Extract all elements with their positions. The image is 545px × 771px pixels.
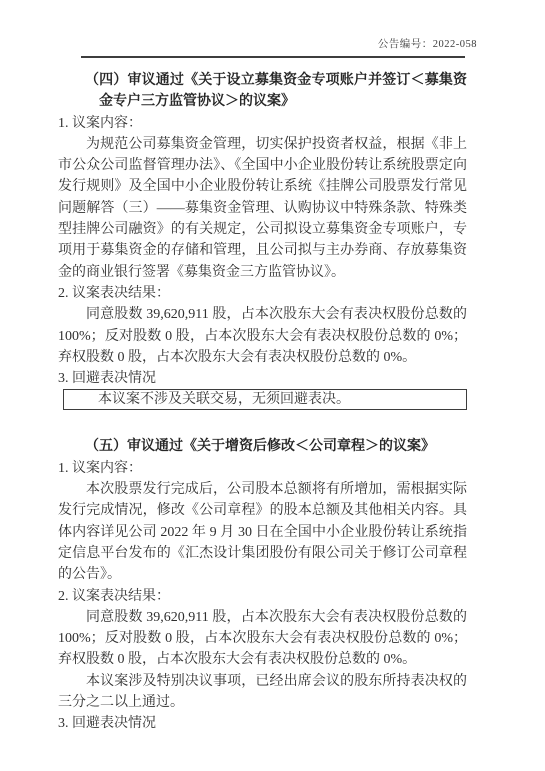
recusal-statement: 本议案不涉及关联交易，无须回避表决。 — [98, 392, 350, 407]
section-4-item-3-label: 3. 回避表决情况 — [58, 368, 467, 389]
header-rule — [81, 56, 465, 58]
recusal-statement-box: 本议案不涉及关联交易，无须回避表决。 — [63, 389, 467, 410]
section-4-content-paragraph: 为规范公司募集资金管理，切实保护投资者权益，根据《非上市公众公司监督管理办法》、… — [58, 134, 467, 283]
section-5-item-3-label: 3. 回避表决情况 — [58, 713, 467, 734]
section-4-item-1-label: 1. 议案内容： — [58, 113, 467, 134]
section-4-vote-result-paragraph: 同意股数 39,620,911 股，占本次股东大会有表决权股份总数的 100%；… — [58, 304, 467, 368]
section-5-item-1-label: 1. 议案内容： — [58, 458, 467, 479]
section-5-heading: （五）审议通过《关于增资后修改＜公司章程＞的议案》 — [58, 436, 467, 457]
section-5-item-2-label: 2. 议案表决结果： — [58, 586, 467, 607]
section-5-content-paragraph: 本次股票发行完成后，公司股本总额将有所增加，需根据实际发行完成情况，修改《公司章… — [58, 479, 467, 585]
section-5-vote-result-paragraph: 同意股数 39,620,911 股，占本次股东大会有表决权股份总数的 100%；… — [58, 607, 467, 671]
document-page: 公告编号：2022-058 （四）审议通过《关于设立募集资金专项账户并签订＜募集… — [0, 0, 545, 771]
notice-number: 公告编号：2022-058 — [378, 36, 477, 51]
document-content: （四）审议通过《关于设立募集资金专项账户并签订＜募集资金专户三方监管协议＞的议案… — [58, 70, 467, 735]
section-4-heading: （四）审议通过《关于设立募集资金专项账户并签订＜募集资金专户三方监管协议＞的议案… — [58, 70, 467, 113]
section-4-item-2-label: 2. 议案表决结果： — [58, 283, 467, 304]
section-5-special-resolution-note: 本议案涉及特别决议事项，已经出席会议的股东所持表决权的三分之二以上通过。 — [58, 671, 467, 714]
